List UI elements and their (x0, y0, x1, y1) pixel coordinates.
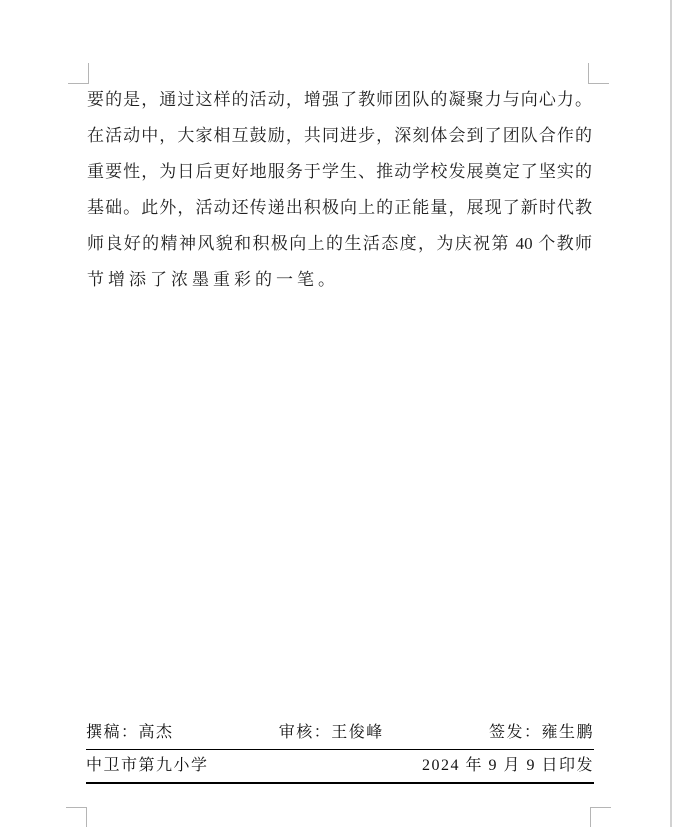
issuer-label: 签发： (489, 724, 542, 741)
crop-mark-top-left-icon (68, 63, 89, 84)
reviewer-item: 审核：王俊峰 (279, 718, 384, 748)
body-paragraph: 要的是，通过这样的活动，增强了教师团队的凝聚力与向心力。 在活动中，大家相互鼓励… (87, 82, 592, 298)
publisher-name: 中卫市第九小学 (86, 751, 209, 781)
footer-signoff-row: 撰稿：高杰 审核：王俊峰 签发：雍生鹏 (86, 718, 594, 748)
body-text-line: 基础。此外，活动还传递出积极向上的正能量，展现了新时代教 (87, 190, 592, 226)
issuer-item: 签发：雍生鹏 (489, 718, 594, 748)
body-text-line: 节增添了浓墨重彩的一笔。 (87, 262, 592, 298)
reviewer-name: 王俊峰 (331, 724, 384, 741)
document-page: 要的是，通过这样的活动，增强了教师团队的凝聚力与向心力。 在活动中，大家相互鼓励… (0, 0, 675, 827)
drafter-label: 撰稿： (86, 724, 139, 741)
footer-divider-thick (86, 782, 594, 784)
crop-mark-top-right-icon (588, 63, 609, 84)
footer-publisher-row: 中卫市第九小学 2024 年 9 月 9 日印发 (86, 751, 594, 781)
body-text-line: 重要性，为日后更好地服务于学生、推动学校发展奠定了坚实的 (87, 154, 592, 190)
drafter-item: 撰稿：高杰 (86, 718, 174, 748)
crop-mark-bottom-left-icon (66, 807, 87, 827)
body-text-line: 要的是，通过这样的活动，增强了教师团队的凝聚力与向心力。 (87, 82, 592, 118)
body-text-line: 师良好的精神风貌和积极向上的生活态度，为庆祝第 40 个教师 (87, 226, 592, 262)
drafter-name: 高杰 (139, 724, 174, 741)
issuer-name: 雍生鹏 (541, 724, 594, 741)
print-date: 2024 年 9 月 9 日印发 (422, 751, 594, 781)
body-text-line: 在活动中，大家相互鼓励，共同进步，深刻体会到了团队合作的 (87, 118, 592, 154)
crop-mark-bottom-right-icon (590, 807, 611, 827)
footer-divider-thin (86, 749, 594, 750)
page-edge-line (670, 0, 672, 827)
reviewer-label: 审核： (279, 724, 332, 741)
